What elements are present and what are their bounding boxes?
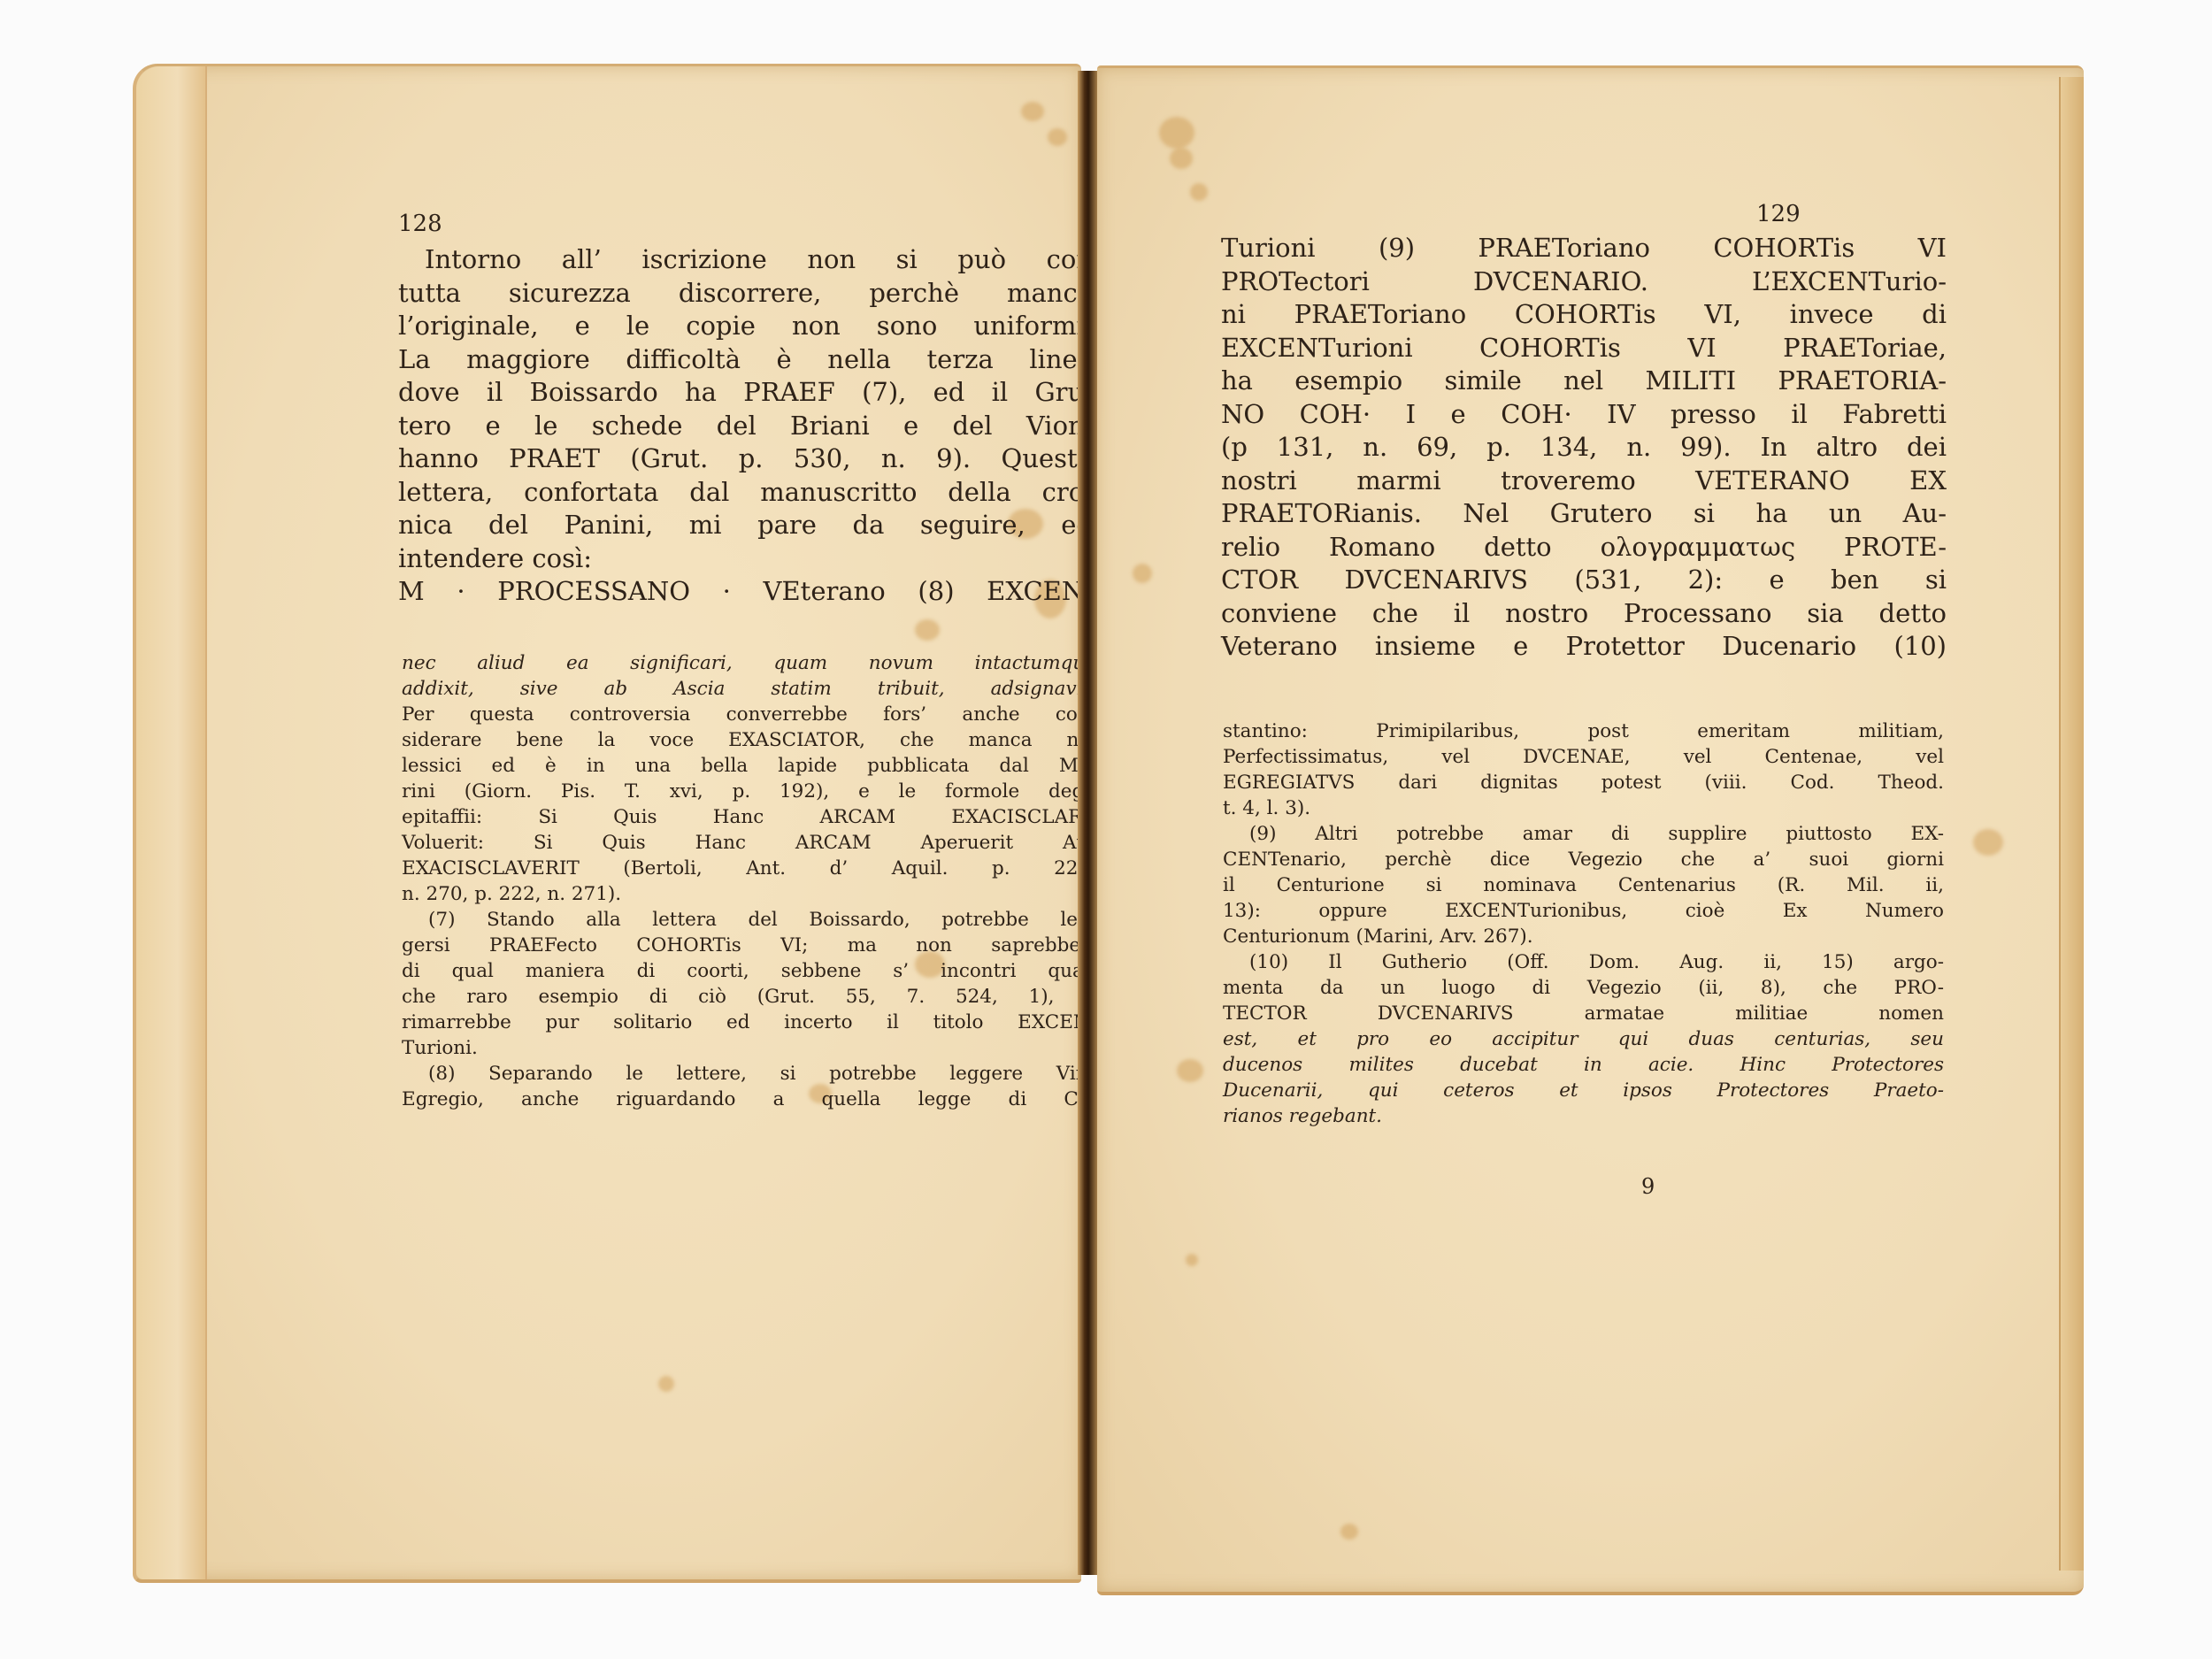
left-page: 128 Intorno all’ iscrizione non si può c… <box>133 64 1081 1583</box>
footnote-line: menta da un luogo di Vegezio (ii, 8), ch… <box>1223 975 1944 1001</box>
text-line: tutta sicurezza discorrere, perchè manca <box>398 277 1093 311</box>
text-line: hanno PRAET (Grut. p. 530, n. 9). Questa <box>398 442 1093 476</box>
footnote-line: Per questa controversia converrebbe fors… <box>402 702 1096 727</box>
foxing-stain <box>658 1376 674 1392</box>
text-line: ni PRAEToriano COHORTis VI, invece di <box>1221 298 1947 332</box>
page-number: 129 <box>1756 201 1801 227</box>
footnote-line: rimarrebbe pur solitario ed incerto il t… <box>402 1010 1096 1035</box>
text-line: NO COH· I e COH· IV presso il Fabretti <box>1221 398 1947 432</box>
footnote-8: (8) Separando le lettere, si potrebbe le… <box>402 1061 1096 1087</box>
foxing-stain <box>1133 564 1152 583</box>
footnote-line: addixit, sive ab Ascia statim tribuit, a… <box>402 676 1096 702</box>
footnote-line: che raro esempio di ciò (Grut. 55, 7. 52… <box>402 984 1096 1010</box>
footnote-line: stantino: Primipilaribus, post emeritam … <box>1223 718 1944 744</box>
text-line: nica del Panini, mi pare da seguire, ed <box>398 509 1093 542</box>
text-line: Veterano insieme e Protettor Ducenario (… <box>1221 630 1947 664</box>
text-line: tero e le schede del Briani e del Vioni <box>398 410 1093 443</box>
foxing-stain <box>1973 829 2003 856</box>
footnote-line: n. 270, p. 222, n. 271). <box>402 881 1096 907</box>
footnote-line: di qual maniera di coorti, sebbene s’ in… <box>402 958 1096 984</box>
footnote-line: rianos regebant. <box>1223 1103 1944 1129</box>
deckled-fore-edge <box>2059 77 2084 1571</box>
footnote-line: Egregio, anche riguardando a quella legg… <box>402 1087 1096 1112</box>
text-line: dove il Boissardo ha PRAEF (7), ed il Gr… <box>398 376 1093 410</box>
inscription-line: M · PROCESSANO · VEterano (8) EXCEN- <box>398 575 1093 609</box>
book-gutter <box>1078 71 1097 1575</box>
footnotes-left: nec aliud ea significari, quam novum int… <box>402 650 1096 1112</box>
footnote-line: Ducenarii, qui ceteros et ipsos Protecto… <box>1223 1078 1944 1103</box>
text-line: CTOR DVCENARIVS (531, 2): e ben si <box>1221 564 1947 597</box>
foxing-stain <box>1048 128 1067 146</box>
footnotes-right: stantino: Primipilaribus, post emeritam … <box>1223 718 1944 1129</box>
foxing-stain <box>1190 183 1208 201</box>
footnote-line: gersi PRAEFecto COHORTis VI; ma non sapr… <box>402 933 1096 958</box>
signature-mark: 9 <box>1641 1174 1655 1199</box>
text-line: lettera, confortata dal manuscritto dell… <box>398 476 1093 510</box>
footnote-line: ducenos milites ducebat in acie. Hinc Pr… <box>1223 1052 1944 1078</box>
text-line: PROTectori DVCENARIO. L’EXCENTurio- <box>1221 265 1947 299</box>
text-line: (p 131, n. 69, p. 134, n. 99). In altro … <box>1221 431 1947 465</box>
footnote-line: siderare bene la voce EXASCIATOR, che ma… <box>402 727 1096 753</box>
footnote-line: il Centurione si nominava Centenarius (R… <box>1223 872 1944 898</box>
footnote-10: (10) Il Gutherio (Off. Dom. Aug. ii, 15)… <box>1223 949 1944 975</box>
foxing-stain <box>1340 1524 1358 1540</box>
text-line: Intorno all’ iscrizione non si può con <box>398 243 1093 277</box>
text-line: relio Romano detto ολογραμματως PROTE- <box>1221 531 1947 565</box>
foxing-stain <box>915 619 940 641</box>
deckled-fore-edge <box>136 66 207 1579</box>
footnote-9: (9) Altri potrebbe amar di supplire piut… <box>1223 821 1944 847</box>
foxing-stain <box>1177 1059 1203 1082</box>
footnote-line: est, et pro eo accipitur qui duas centur… <box>1223 1026 1944 1052</box>
text-line: intendere così: <box>398 542 1093 576</box>
footnote-7: (7) Stando alla lettera del Boissardo, p… <box>402 907 1096 933</box>
footnote-line: lessici ed è in una bella lapide pubblic… <box>402 753 1096 779</box>
footnote-line: TECTOR DVCENARIVS armatae militiae nomen <box>1223 1001 1944 1026</box>
footnote-line: epitaffii: Si Quis Hanc ARCAM EXACISCLAR… <box>402 804 1096 830</box>
text-line: La maggiore difficoltà è nella terza lin… <box>398 343 1093 377</box>
text-line: EXCENTurioni COHORTis VI PRAEToriae, <box>1221 332 1947 365</box>
footnote-line: EXACISCLAVERIT (Bertoli, Ant. d’ Aquil. … <box>402 856 1096 881</box>
footnote-line: t. 4, l. 3). <box>1223 795 1944 821</box>
footnote-line: Voluerit: Si Quis Hanc ARCAM Aperuerit A… <box>402 830 1096 856</box>
footnote-line: CENTenario, perchè dice Vegezio che a’ s… <box>1223 847 1944 872</box>
footnote-line: Perfectissimatus, vel DVCENAE, vel Cente… <box>1223 744 1944 770</box>
right-page: 129 Turioni (9) PRAEToriano COHORTis VI … <box>1097 65 2084 1595</box>
text-line: conviene che il nostro Processano sia de… <box>1221 597 1947 631</box>
foxing-stain <box>1170 148 1193 169</box>
text-line: nostri marmi troveremo VETERANO EX <box>1221 465 1947 498</box>
footnote-line: Centurionum (Marini, Arv. 267). <box>1223 924 1944 949</box>
foxing-stain <box>1021 102 1044 121</box>
text-line: Turioni (9) PRAEToriano COHORTis VI <box>1221 232 1947 265</box>
footnote-line: Turioni. <box>402 1035 1096 1061</box>
text-line: PRAETORianis. Nel Grutero si ha un Au- <box>1221 497 1947 531</box>
text-line: l’originale, e le copie non sono uniform… <box>398 310 1093 343</box>
foxing-stain <box>1159 117 1194 149</box>
page-number: 128 <box>398 211 442 237</box>
main-text-left: Intorno all’ iscrizione non si può con t… <box>398 243 1093 609</box>
footnote-line: 13): oppure EXCENTurionibus, cioè Ex Num… <box>1223 898 1944 924</box>
footnote-line: rini (Giorn. Pis. T. xvi, p. 192), e le … <box>402 779 1096 804</box>
main-text-right: Turioni (9) PRAEToriano COHORTis VI PROT… <box>1221 232 1947 664</box>
foxing-stain <box>1186 1254 1198 1266</box>
footnote-line: nec aliud ea significari, quam novum int… <box>402 650 1096 676</box>
footnote-line: EGREGIATVS dari dignitas potest (viii. C… <box>1223 770 1944 795</box>
text-line: ha esempio simile nel MILITI PRAETORIA- <box>1221 365 1947 398</box>
